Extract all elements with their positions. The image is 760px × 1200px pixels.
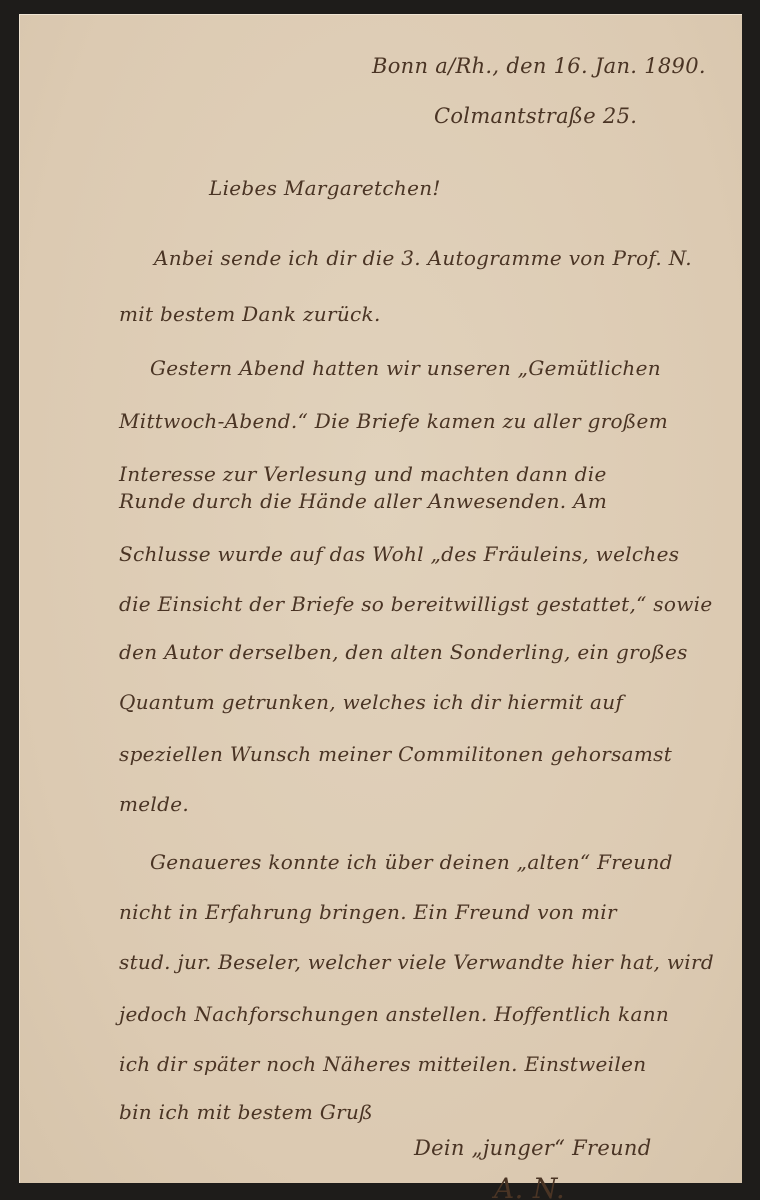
body-line: Gestern Abend hatten wir unseren „Gemütl… [150, 356, 661, 380]
body-line: den Autor derselben, den alten Sonderlin… [119, 640, 688, 664]
body-line: Runde durch die Hände aller Anwesenden. … [119, 489, 607, 513]
body-line: jedoch Nachforschungen anstellen. Hoffen… [119, 1002, 669, 1026]
letter-page: Bonn a/Rh., den 16. Jan. 1890. Colmantst… [19, 14, 742, 1183]
body-line: mit bestem Dank zurück. [119, 302, 381, 326]
place-date-line: Bonn a/Rh., den 16. Jan. 1890. [372, 54, 706, 78]
body-line: nicht in Erfahrung bringen. Ein Freund v… [119, 900, 617, 924]
body-line: bin ich mit bestem Gruß [119, 1100, 373, 1124]
body-line: stud. jur. Beseler, welcher viele Verwan… [119, 950, 714, 974]
body-line: Interesse zur Verlesung und machten dann… [119, 462, 607, 486]
body-line: speziellen Wunsch meiner Commilitonen ge… [119, 742, 672, 766]
body-line: melde. [119, 792, 189, 816]
body-line: Mittwoch-Abend.“ Die Briefe kamen zu all… [119, 409, 668, 433]
signature: A. N. [494, 1172, 565, 1200]
salutation: Liebes Margaretchen! [209, 176, 441, 200]
body-line: Anbei sende ich dir die 3. Autogramme vo… [154, 246, 692, 270]
body-line: Schlusse wurde auf das Wohl „des Fräulei… [119, 542, 679, 566]
body-line: die Einsicht der Briefe so bereitwilligs… [119, 592, 712, 616]
body-line: Quantum getrunken, welches ich dir hierm… [119, 690, 623, 714]
closing: Dein „junger“ Freund [414, 1136, 651, 1160]
body-line: Genaueres konnte ich über deinen „alten“… [150, 850, 673, 874]
body-line: ich dir später noch Näheres mitteilen. E… [119, 1052, 646, 1076]
address-line: Colmantstraße 25. [434, 104, 637, 128]
